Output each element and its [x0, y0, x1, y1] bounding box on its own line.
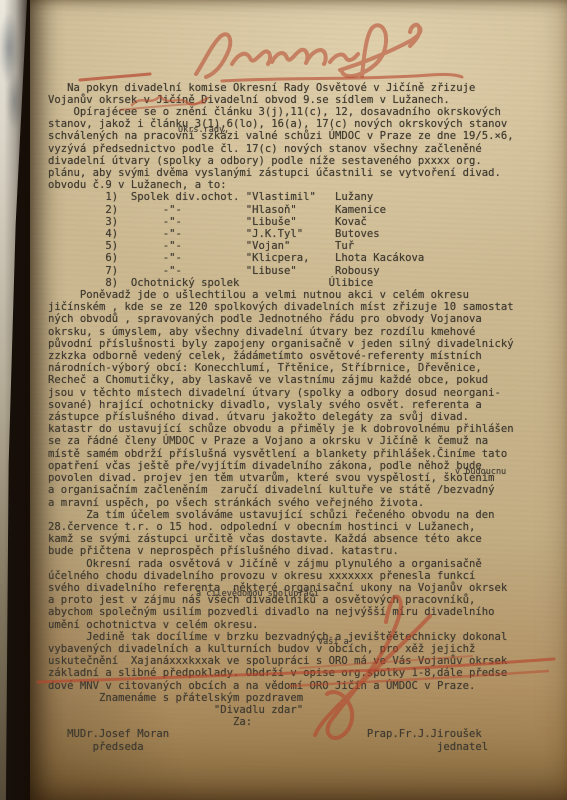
typed-insert-okrs-rady: Okrs.rady,: [178, 125, 229, 135]
typed-insert-spoluprace: a cílevědomou spolupráci: [196, 589, 319, 599]
typed-insert-v-budoucnu: v budoucnu: [455, 467, 506, 477]
document-photo: Na pokyn divadelní komise Okresní Rady O…: [0, 0, 567, 800]
typed-insert-vasi-a: Vaší a: [318, 637, 349, 647]
typewritten-text: Na pokyn divadelní komise Okresní Rady O…: [48, 82, 567, 753]
